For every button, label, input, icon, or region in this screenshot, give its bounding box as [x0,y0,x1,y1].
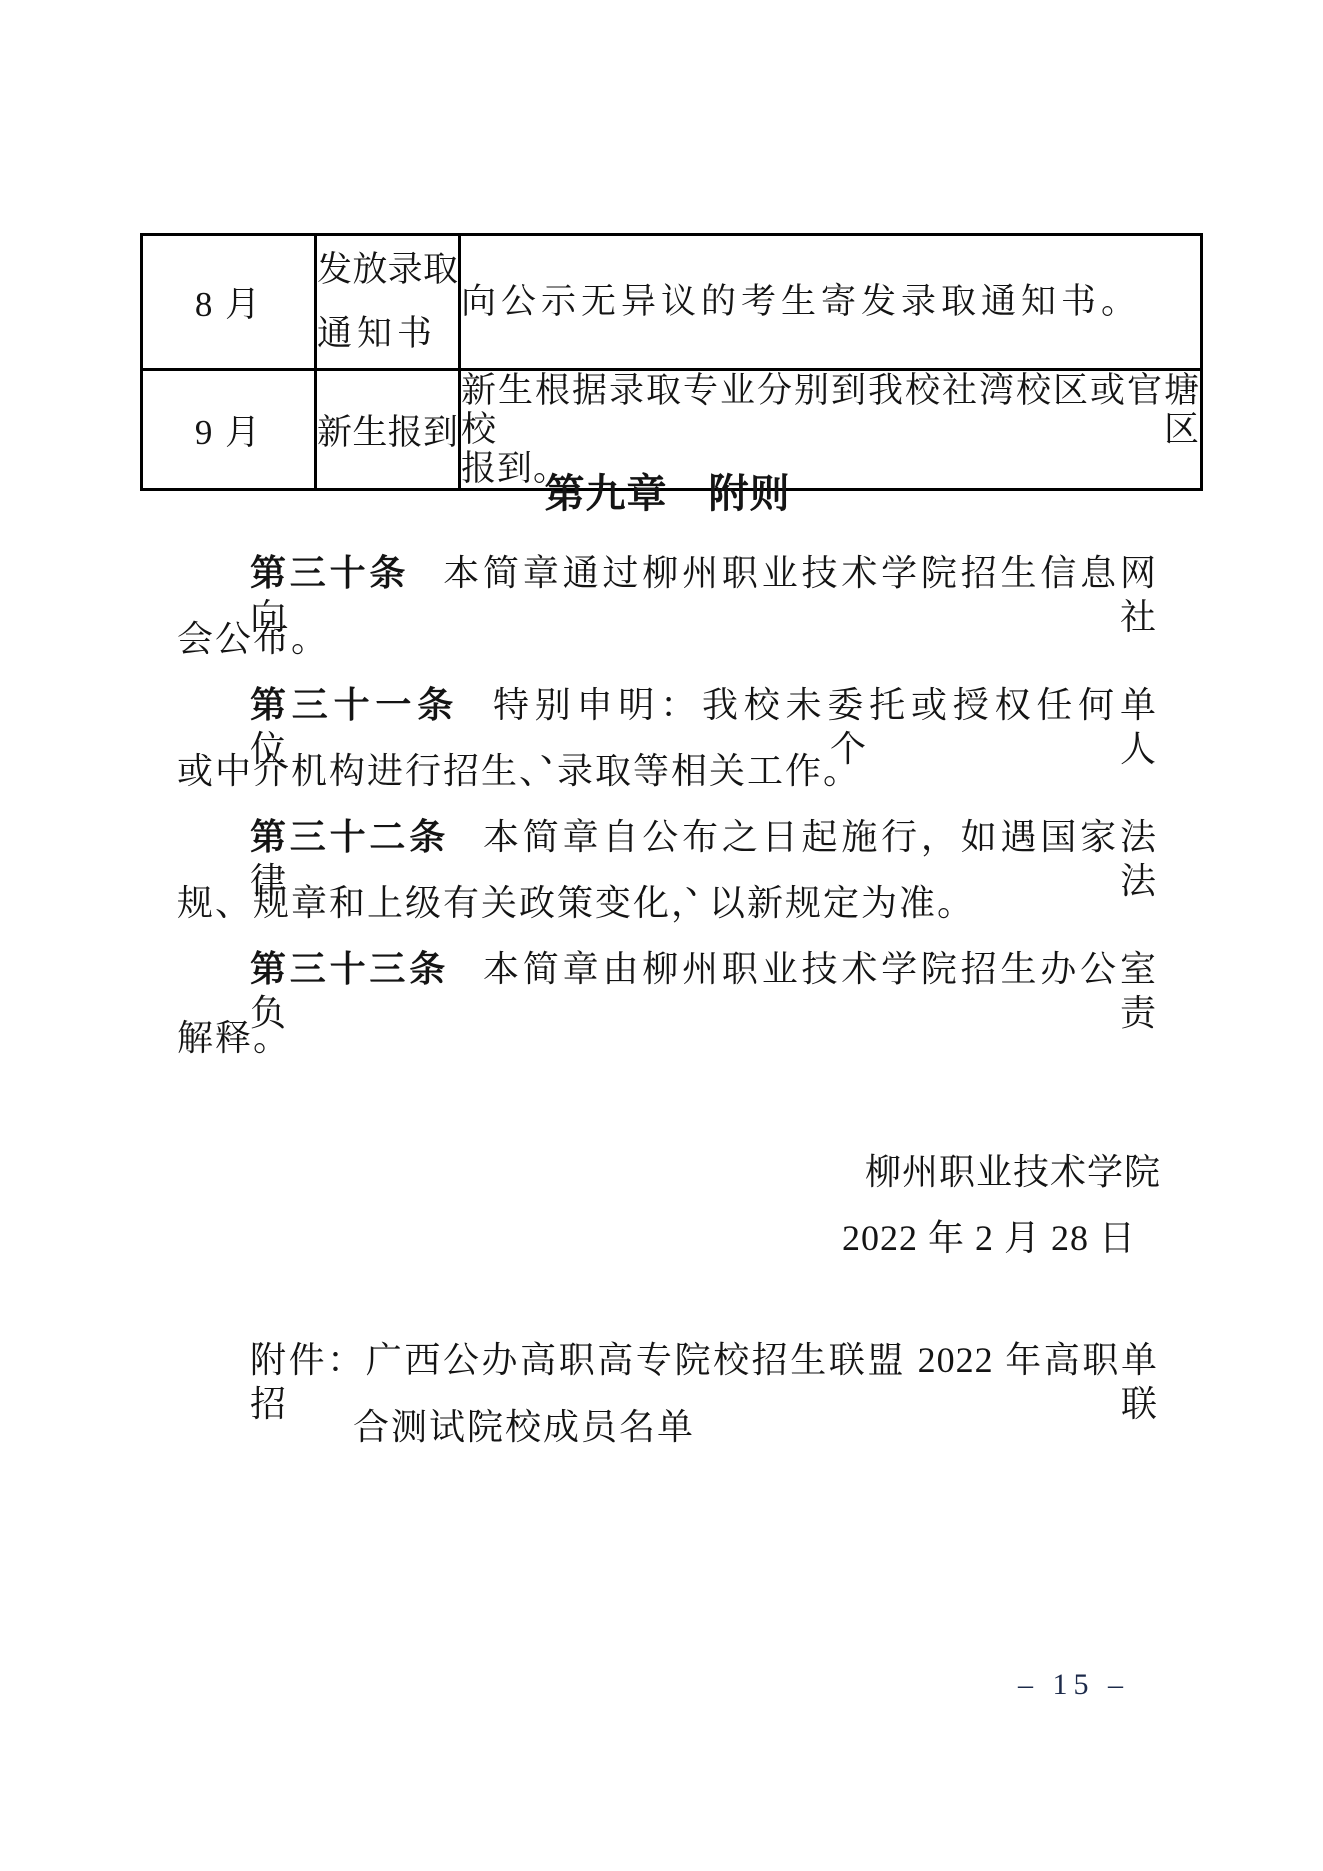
article-32-term: 第三十二条 [250,817,449,857]
item-line: 发放录取 [317,238,458,302]
month-label: 8 月 [195,285,262,324]
article-30-term: 第三十条 [250,553,409,593]
item-line: 通知书 [317,302,458,366]
item-line: 新生报到 [317,405,458,455]
article-33-term: 第三十三条 [250,949,449,989]
article-32-line-2: 规、规章和上级有关政策变化，以新规定为准。 [177,881,1158,925]
page-number: – 15 – [1018,1668,1129,1702]
signature-org: 柳州职业技术学院 [865,1144,1161,1195]
item-cell: 发放录取 通知书 [316,235,460,370]
article-30-line-2: 会公布。 [177,617,1158,661]
chapter-heading: 第九章 附则 [177,471,1158,517]
article-31-term: 第三十一条 [250,685,459,725]
schedule-table: 8 月 发放录取 通知书 向公示无异议的考生寄发录取通知书。 9 月 新生报 [140,233,1203,491]
month-label: 9 月 [195,413,262,452]
month-cell: 8 月 [142,235,316,370]
desc-line: 新生根据录取专业分别到我校社湾校区或官塘校区 [461,371,1200,449]
desc-line: 向公示无异议的考生寄发录取通知书。 [461,282,1200,322]
document-page: 8 月 发放录取 通知书 向公示无异议的考生寄发录取通知书。 9 月 新生报 [0,0,1323,1871]
signature-date: 2022 年 2 月 28 日 [842,1210,1136,1261]
article-31-line-2: 或中介机构进行招生、录取等相关工作。 [177,749,1158,793]
desc-cell: 向公示无异议的考生寄发录取通知书。 [460,235,1202,370]
table-row-august: 8 月 发放录取 通知书 向公示无异议的考生寄发录取通知书。 [142,235,1202,370]
attachment-line-2: 合测试院校成员名单 [353,1405,695,1449]
article-33-line-2: 解释。 [177,1016,1158,1060]
